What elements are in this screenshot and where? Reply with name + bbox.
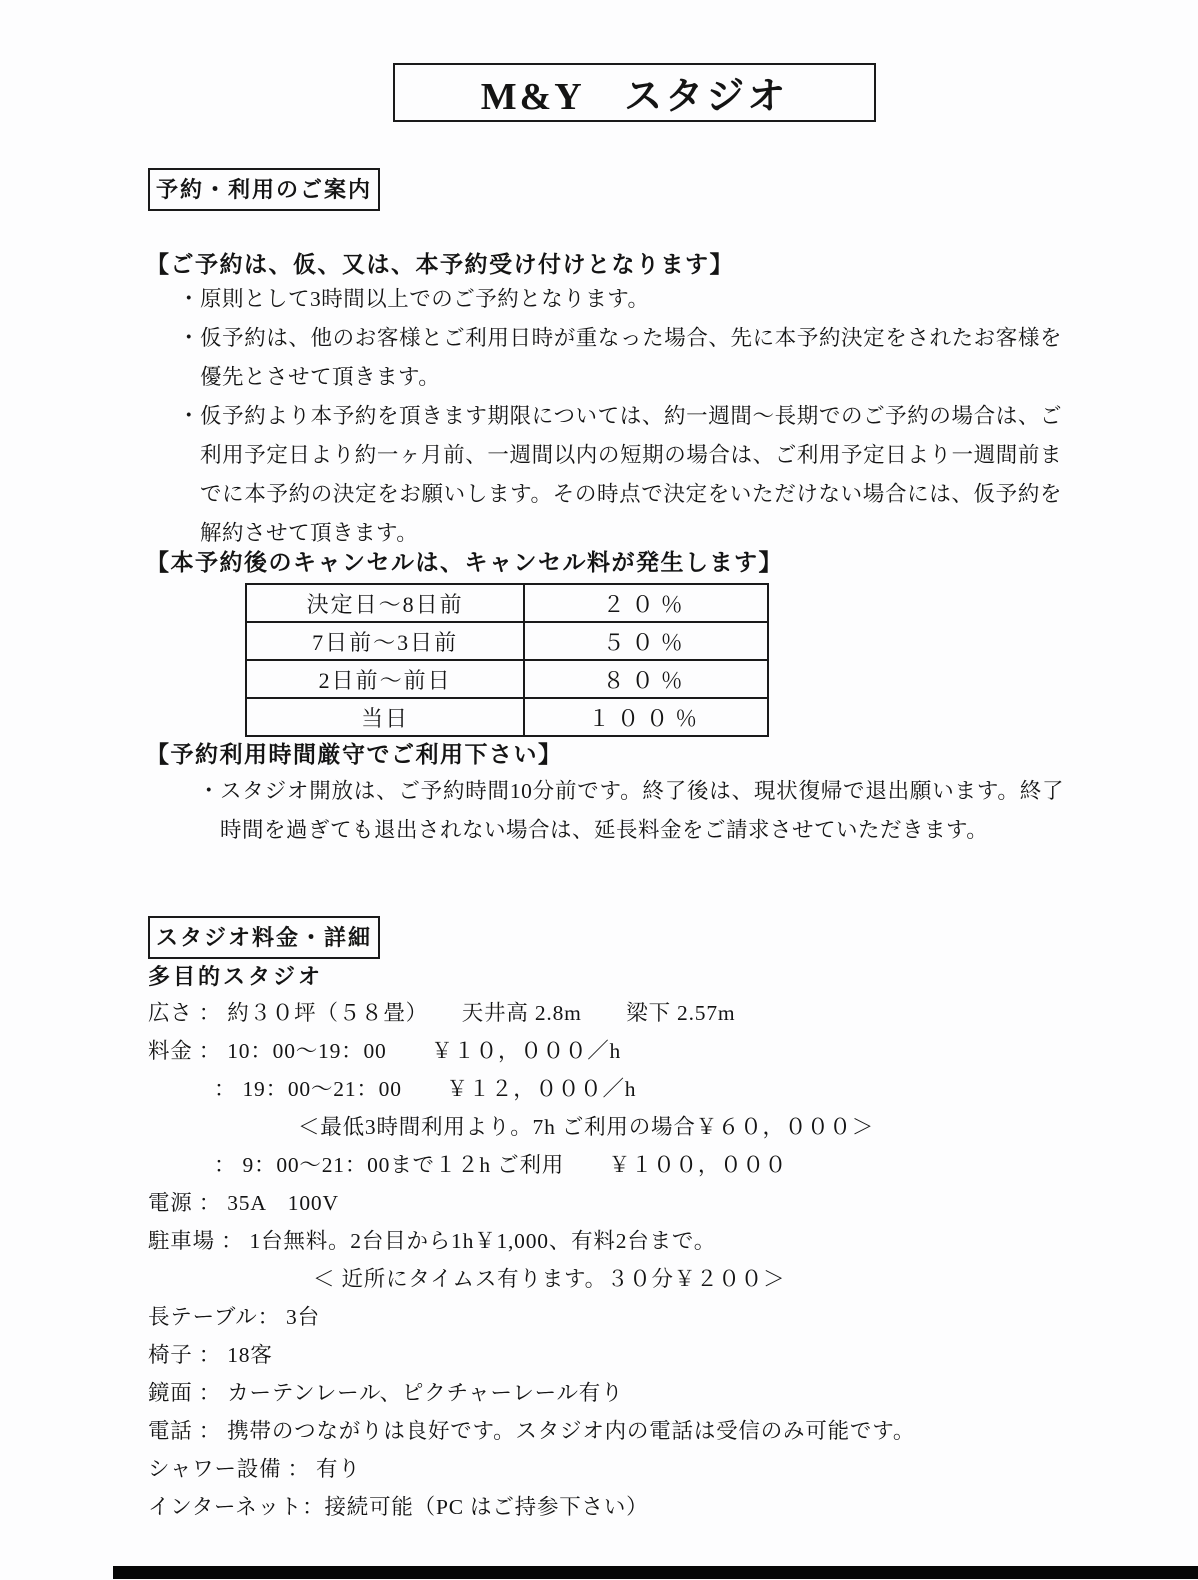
bullet-text: 仮予約は、他のお客様とご利用日時が重なった場合、先に本予約決定をされたお客様を優… [200, 319, 1062, 397]
detail-line-rate-evening: ： 19：00～21：00 ￥１２，０００／h [214, 1070, 1068, 1108]
detail-line-rate-day: 料金 ： 10：00～19：00 ￥１０，０００／h [148, 1032, 1068, 1070]
punctuality-bullet: ・ スタジオ開放は、ご予約時間10分前です。終了後は、現状復帰で退出願います。終… [198, 772, 1064, 850]
bullet-text: 仮予約より本予約を頂きます期限については、約一週間～長期でのご予約の場合は、ご利… [200, 397, 1062, 553]
cancel-period-cell: 決定日～8日前 [246, 584, 524, 622]
cancel-period-cell: 2日前～前日 [246, 660, 524, 698]
bullet-text: スタジオ開放は、ご予約時間10分前です。終了後は、現状復帰で退出願います。終了時… [220, 772, 1064, 850]
detail-line-tables: 長テーブル： 3台 [148, 1298, 1068, 1336]
bullet-marker: ・ [178, 280, 200, 319]
bullet-marker: ・ [178, 397, 200, 553]
cancel-fee-cell: ２０％ [524, 584, 768, 622]
booking-bullet: ・ 仮予約より本予約を頂きます期限については、約一週間～長期でのご予約の場合は、… [178, 397, 1062, 553]
detail-line-rate-note: ＜最低3時間利用より。7h ご利用の場合￥６０，０００＞ [298, 1108, 1068, 1146]
detail-line-chairs: 椅子 ： 18客 [148, 1336, 1068, 1374]
table-row: 決定日～8日前 ２０％ [246, 584, 768, 622]
pricing-section-header: スタジオ料金・詳細 [148, 916, 380, 959]
detail-line-phone: 電話 ： 携帯のつながりは良好です。スタジオ内の電話は受信のみ可能です。 [148, 1412, 1068, 1450]
cancel-fee-cell: １００％ [524, 698, 768, 736]
cancellation-fee-table: 決定日～8日前 ２０％ 7日前～3日前 ５０％ 2日前～前日 ８０％ 当日 １０… [245, 583, 769, 737]
punctuality-heading: 【予約利用時間厳守でご利用下さい】 [146, 736, 563, 769]
detail-line-size: 広さ ： 約３０坪（５８畳） 天井高 2.8m 梁下 2.57m [148, 994, 1068, 1032]
cancel-period-cell: 7日前～3日前 [246, 622, 524, 660]
detail-line-parking-note: ＜ 近所にタイムス有ります。３０分￥２００＞ [313, 1260, 1068, 1298]
table-row: 2日前～前日 ８０％ [246, 660, 768, 698]
detail-line-power: 電源 ： 35A 100V [148, 1184, 1068, 1222]
table-row: 7日前～3日前 ５０％ [246, 622, 768, 660]
studio-details-list: 広さ ： 約３０坪（５８畳） 天井高 2.8m 梁下 2.57m 料金 ： 10… [148, 994, 1068, 1526]
booking-bullet: ・ 原則として3時間以上でのご予約となります。 [178, 280, 1062, 319]
bullet-marker: ・ [178, 319, 200, 397]
bullet-marker: ・ [198, 772, 220, 850]
table-row: 当日 １００％ [246, 698, 768, 736]
detail-line-parking: 駐車場 ： 1台無料。2台目から1h￥1,000、有料2台まで。 [148, 1222, 1068, 1260]
detail-line-mirror: 鏡面 ： カーテンレール、ピクチャーレール有り [148, 1374, 1068, 1412]
guide-section-header: 予約・利用のご案内 [148, 168, 380, 211]
studio-name: 多目的スタジオ [148, 960, 323, 991]
detail-line-internet: インターネット：接続可能（PC はご持参下さい） [148, 1488, 1068, 1526]
bullet-text: 原則として3時間以上でのご予約となります。 [200, 280, 1062, 319]
cancellation-heading: 【本予約後のキャンセルは、キャンセル料が発生します】 [146, 544, 783, 577]
cancel-period-cell: 当日 [246, 698, 524, 736]
booking-terms-heading: 【ご予約は、仮、又は、本予約受け付けとなります】 [146, 246, 734, 279]
detail-line-rate-fullday: ： 9：00～21：00まで１２h ご利用 ￥１００，０００ [214, 1146, 1068, 1184]
booking-bullet-list: ・ 原則として3時間以上でのご予約となります。 ・ 仮予約は、他のお客様とご利用… [178, 280, 1062, 553]
scanned-document-page: M&Y スタジオ 予約・利用のご案内 【ご予約は、仮、又は、本予約受け付けとなり… [0, 0, 1198, 1580]
detail-line-shower: シャワー設備 ： 有り [148, 1450, 1068, 1488]
scan-artifact-bar [113, 1566, 1198, 1579]
punctuality-bullet-list: ・ スタジオ開放は、ご予約時間10分前です。終了後は、現状復帰で退出願います。終… [198, 772, 1064, 850]
cancel-fee-cell: ８０％ [524, 660, 768, 698]
studio-title: M&Y スタジオ [393, 63, 876, 122]
booking-bullet: ・ 仮予約は、他のお客様とご利用日時が重なった場合、先に本予約決定をされたお客様… [178, 319, 1062, 397]
cancel-fee-cell: ５０％ [524, 622, 768, 660]
